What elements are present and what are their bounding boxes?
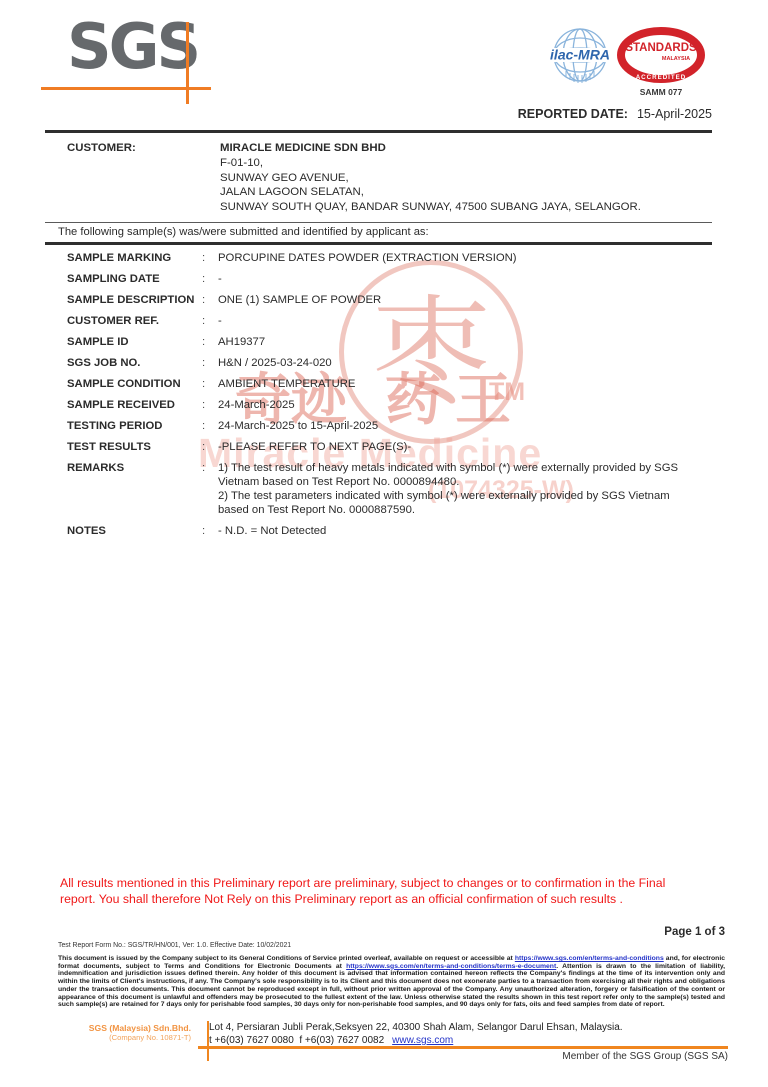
ilac-mra-icon: ilac-MRA: [547, 25, 613, 89]
footer-company-name: SGS (Malaysia) Sdn.Bhd.: [45, 1023, 191, 1033]
field-colon: :: [202, 272, 218, 286]
field-value: -: [218, 314, 718, 328]
report-header: SGS ilac-MRA: [0, 0, 768, 130]
customer-address-line: SUNWAY SOUTH QUAY, BANDAR SUNWAY, 47500 …: [220, 200, 641, 215]
field-colon: :: [202, 440, 218, 454]
accredited-label: ACCREDITED: [636, 74, 687, 81]
field-row-test-results: TEST RESULTS : -PLEASE REFER TO NEXT PAG…: [67, 440, 768, 454]
field-colon: :: [202, 293, 218, 307]
field-value: 24-March-2025: [218, 398, 718, 412]
field-colon: :: [202, 419, 218, 433]
field-value: 24-March-2025 to 15-April-2025: [218, 419, 718, 433]
standards-malaysia-logo: STANDARDS MALAYSIA ACCREDITED: [617, 27, 705, 90]
footer: SGS (Malaysia) Sdn.Bhd. (Company No. 108…: [45, 1021, 725, 1047]
reported-date-value: 15-April-2025: [637, 107, 712, 121]
sgs-logo-text: SGS: [67, 10, 198, 83]
divider-fields: [45, 242, 712, 245]
field-colon: :: [202, 314, 218, 328]
field-label: SAMPLE MARKING: [67, 251, 202, 265]
field-label: CUSTOMER REF.: [67, 314, 202, 328]
terms-link[interactable]: https://www.sgs.com/en/terms-and-conditi…: [515, 955, 664, 962]
footer-address-block: Lot 4, Persiaran Jubli Perak,Seksyen 22,…: [203, 1021, 623, 1047]
field-row-remarks: REMARKS : 1) The test result of heavy me…: [67, 461, 768, 517]
field-value: -PLEASE REFER TO NEXT PAGE(S)-: [218, 440, 718, 454]
customer-label: CUSTOMER:: [67, 141, 220, 215]
sgs-logo: SGS: [45, 18, 215, 104]
customer-address-line: JALAN LAGOON SELATAN,: [220, 185, 641, 200]
ilac-mra-label: ilac-MRA: [550, 47, 610, 63]
field-label: SAMPLE CONDITION: [67, 377, 202, 391]
field-label: REMARKS: [67, 461, 202, 517]
customer-details: MIRACLE MEDICINE SDN BHD F-01-10, SUNWAY…: [220, 141, 641, 215]
field-row-sample-condition: SAMPLE CONDITION : AMBIENT TEMPERATURE: [67, 377, 768, 391]
customer-address-line: F-01-10,: [220, 156, 641, 171]
field-label: SGS JOB NO.: [67, 356, 202, 370]
field-label: TEST RESULTS: [67, 440, 202, 454]
sgs-logo-vertical-line: [186, 22, 189, 104]
field-row-notes: NOTES : - N.D. = Not Detected: [67, 524, 768, 538]
footer-orange-rule: [198, 1046, 728, 1049]
terms-fine-print: This document is issued by the Company s…: [58, 955, 725, 1009]
field-row-sample-marking: SAMPLE MARKING : PORCUPINE DATES POWDER …: [67, 251, 768, 265]
field-row-customer-ref: CUSTOMER REF. : -: [67, 314, 768, 328]
field-colon: :: [202, 356, 218, 370]
footer-phone: t +6(03) 7627 0080 f +6(03) 7627 0082: [209, 1035, 384, 1046]
field-label: TESTING PERIOD: [67, 419, 202, 433]
customer-name: MIRACLE MEDICINE SDN BHD: [220, 141, 641, 156]
field-colon: :: [202, 377, 218, 391]
terms-e-document-link[interactable]: https://www.sgs.com/en/terms-and-conditi…: [346, 963, 556, 970]
sgs-group-member-note: Member of the SGS Group (SGS SA): [562, 1051, 728, 1062]
intro-text: The following sample(s) was/were submitt…: [58, 226, 768, 238]
field-row-sample-description: SAMPLE DESCRIPTION : ONE (1) SAMPLE OF P…: [67, 293, 768, 307]
field-colon: :: [202, 461, 218, 517]
ilac-mra-logo: ilac-MRA: [547, 25, 613, 94]
field-row-testing-period: TESTING PERIOD : 24-March-2025 to 15-Apr…: [67, 419, 768, 433]
field-value: ONE (1) SAMPLE OF POWDER: [218, 293, 718, 307]
sgs-logo-horizontal-line: [41, 87, 211, 90]
field-label: SAMPLE ID: [67, 335, 202, 349]
footer-website-link[interactable]: www.sgs.com: [392, 1035, 453, 1046]
field-label: SAMPLE DESCRIPTION: [67, 293, 202, 307]
page-number: Page 1 of 3: [664, 926, 725, 938]
footer-company-number: (Company No. 10871-T): [45, 1033, 191, 1042]
field-value: -: [218, 272, 718, 286]
field-value: H&N / 2025-03-24-020: [218, 356, 718, 370]
field-value: AH19377: [218, 335, 718, 349]
fine-print-text: This document is issued by the Company s…: [58, 955, 515, 962]
field-value: - N.D. = Not Detected: [218, 524, 718, 538]
field-colon: :: [202, 524, 218, 538]
field-row-sgs-job-no: SGS JOB NO. : H&N / 2025-03-24-020: [67, 356, 768, 370]
malaysia-label: MALAYSIA: [662, 56, 690, 62]
field-label: SAMPLING DATE: [67, 272, 202, 286]
field-value: 1) The test result of heavy metals indic…: [218, 461, 718, 517]
field-label: NOTES: [67, 524, 202, 538]
field-colon: :: [202, 398, 218, 412]
reported-date-label: REPORTED DATE:: [518, 107, 628, 121]
fine-print-text: . Attention is drawn to the limitation o…: [58, 963, 725, 1009]
field-colon: :: [202, 251, 218, 265]
customer-section: CUSTOMER: MIRACLE MEDICINE SDN BHD F-01-…: [67, 133, 768, 215]
preliminary-disclaimer: All results mentioned in this Preliminar…: [60, 876, 720, 907]
field-colon: :: [202, 335, 218, 349]
divider-customer: [45, 222, 712, 223]
field-row-sample-received: SAMPLE RECEIVED : 24-March-2025: [67, 398, 768, 412]
field-value: PORCUPINE DATES POWDER (EXTRACTION VERSI…: [218, 251, 718, 265]
field-value: AMBIENT TEMPERATURE: [218, 377, 718, 391]
field-row-sample-id: SAMPLE ID : AH19377: [67, 335, 768, 349]
form-info: Test Report Form No.: SGS/TR/HN/001, Ver…: [58, 942, 291, 949]
samm-number: SAMM 077: [617, 87, 705, 97]
sample-fields-table: SAMPLE MARKING : PORCUPINE DATES POWDER …: [67, 251, 768, 538]
footer-address: Lot 4, Persiaran Jubli Perak,Seksyen 22,…: [209, 1021, 623, 1034]
footer-company-block: SGS (Malaysia) Sdn.Bhd. (Company No. 108…: [45, 1021, 203, 1047]
footer-divider-line: [207, 1021, 209, 1061]
standards-label: STANDARDS: [625, 42, 697, 54]
field-label: SAMPLE RECEIVED: [67, 398, 202, 412]
report-page: 枣 奇迹 药王 TM Miracle Medicine (1074325-W) …: [0, 0, 768, 1087]
standards-malaysia-icon: STANDARDS MALAYSIA ACCREDITED: [617, 27, 705, 85]
reported-date: REPORTED DATE:15-April-2025: [518, 107, 712, 121]
customer-address-line: SUNWAY GEO AVENUE,: [220, 171, 641, 186]
field-row-sampling-date: SAMPLING DATE : -: [67, 272, 768, 286]
